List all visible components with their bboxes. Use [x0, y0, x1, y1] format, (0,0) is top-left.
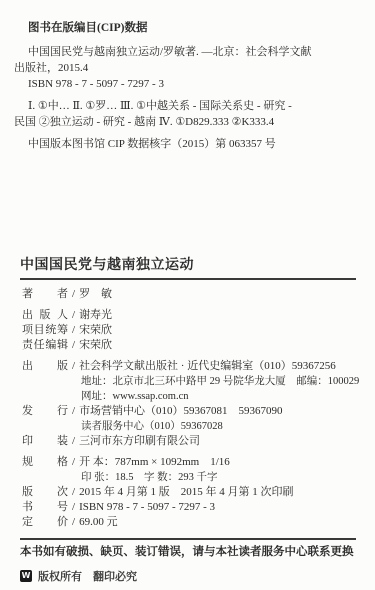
row-label: 版 次 [22, 485, 68, 500]
cip-isbn-line: ISBN 978 - 7 - 5097 - 7297 - 3 [14, 76, 361, 92]
row-label: 书 号 [22, 500, 68, 515]
colophon-row-distribution: 发 行/市场营销中心（010）59367081 59367090 [22, 404, 365, 419]
title-block: 中国国民党与越南独立运动 [20, 254, 356, 280]
copyright-page: 图书在版编目(CIP)数据 中国国民党与越南独立运动/罗敏著. —北京：社会科学… [0, 0, 375, 590]
row-value: ISBN 978 - 7 - 5097 - 7297 - 3 [79, 501, 215, 513]
row-separator: / [72, 359, 75, 374]
row-label: 项目统筹 [22, 323, 68, 338]
row-separator: / [72, 455, 75, 470]
row-separator: / [72, 515, 75, 530]
cip-record-line: 出版社，2015.4 [14, 60, 361, 76]
row-separator: / [72, 308, 75, 323]
book-title: 中国国民党与越南独立运动 [20, 254, 356, 274]
row-separator: / [72, 323, 75, 338]
sheets-and-wordcount: 印 张：18.5 字 数：293 千字 [22, 470, 365, 485]
row-value: 宋荣欣 [79, 324, 112, 336]
cip-class-line: Ⅰ. ①中… Ⅱ. ①罗… Ⅲ. ①中越关系 - 国际关系史 - 研究 - [14, 98, 361, 114]
colophon-row-format: 规 格/开 本：787mm × 1092mm 1/16 [22, 455, 365, 470]
row-value: 2015 年 4 月第 1 版 2015 年 4 月第 1 次印刷 [79, 486, 294, 498]
colophon-row-isbn: 书 号/ISBN 978 - 7 - 5097 - 7297 - 3 [22, 500, 365, 515]
colophon-row-publisher-person: 出 版 人/谢寿光 [22, 308, 365, 323]
reader-service-phone: 读者服务中心（010）59367028 [22, 419, 365, 434]
colophon-row-project-coordinator: 项目统筹/宋荣欣 [22, 323, 365, 338]
row-separator: / [72, 287, 75, 302]
row-label: 责任编辑 [22, 338, 68, 353]
row-separator: / [72, 485, 75, 500]
colophon-rows: 著 者/罗 敏 出 版 人/谢寿光 项目统筹/宋荣欣 责任编辑/宋荣欣 出 版/… [22, 287, 365, 530]
copyright-notice: W 版权所有 翻印必究 [20, 568, 365, 584]
cip-record-line: 中国国民党与越南独立运动/罗敏著. —北京：社会科学文献 [14, 44, 361, 60]
copyright-logo-icon: W [20, 570, 32, 582]
row-label: 著 者 [22, 287, 68, 302]
cip-registry-number: 中国版本图书馆 CIP 数据核字（2015）第 063357 号 [14, 136, 361, 152]
row-separator: / [72, 434, 75, 449]
cip-header: 图书在版编目(CIP)数据 [14, 20, 361, 36]
colophon-row-author: 著 者/罗 敏 [22, 287, 365, 302]
row-separator: / [72, 404, 75, 419]
row-label: 出 版 人 [22, 308, 68, 323]
colophon-row-edition: 版 次/2015 年 4 月第 1 版 2015 年 4 月第 1 次印刷 [22, 485, 365, 500]
row-value: 罗 敏 [79, 288, 112, 300]
row-separator: / [72, 500, 75, 515]
row-value: 谢寿光 [79, 309, 112, 321]
replacement-notice: 本书如有破损、缺页、装订错误，请与本社读者服务中心联系更换 [20, 545, 365, 560]
cip-block: 图书在版编目(CIP)数据 中国国民党与越南独立运动/罗敏著. —北京：社会科学… [0, 20, 375, 152]
row-value: 社会科学文献出版社 · 近代史编辑室（010）59367256 [79, 360, 336, 372]
row-value: 市场营销中心（010）59367081 59367090 [79, 405, 283, 417]
cip-class-line: 民国 ②独立运动 - 研究 - 越南 Ⅳ. ①D829.333 ②K333.4 [14, 114, 361, 130]
cip-record: 中国国民党与越南独立运动/罗敏著. —北京：社会科学文献 出版社，2015.4 … [14, 44, 361, 92]
row-label: 规 格 [22, 455, 68, 470]
copyright-text: 版权所有 翻印必究 [38, 568, 137, 584]
row-value: 宋荣欣 [79, 339, 112, 351]
publisher-address: 地址：北京市北三环中路甲 29 号院华龙大厦 邮编：100029 [22, 374, 365, 389]
colophon-row-editor: 责任编辑/宋荣欣 [22, 338, 365, 353]
row-value: 开 本：787mm × 1092mm 1/16 [79, 456, 230, 468]
row-label: 出 版 [22, 359, 68, 374]
row-label: 印 装 [22, 434, 68, 449]
colophon-row-publisher: 出 版/社会科学文献出版社 · 近代史编辑室（010）59367256 [22, 359, 365, 374]
row-value: 三河市东方印刷有限公司 [79, 435, 200, 447]
row-label: 发 行 [22, 404, 68, 419]
cip-classification: Ⅰ. ①中… Ⅱ. ①罗… Ⅲ. ①中越关系 - 国际关系史 - 研究 - 民国… [14, 98, 361, 130]
footer-divider [20, 538, 356, 540]
row-label: 定 价 [22, 515, 68, 530]
publisher-website: 网址：www.ssap.com.cn [22, 389, 365, 404]
row-separator: / [72, 338, 75, 353]
row-value: 69.00 元 [79, 516, 118, 528]
colophon-row-printing: 印 装/三河市东方印刷有限公司 [22, 434, 365, 449]
colophon-row-price: 定 价/69.00 元 [22, 515, 365, 530]
